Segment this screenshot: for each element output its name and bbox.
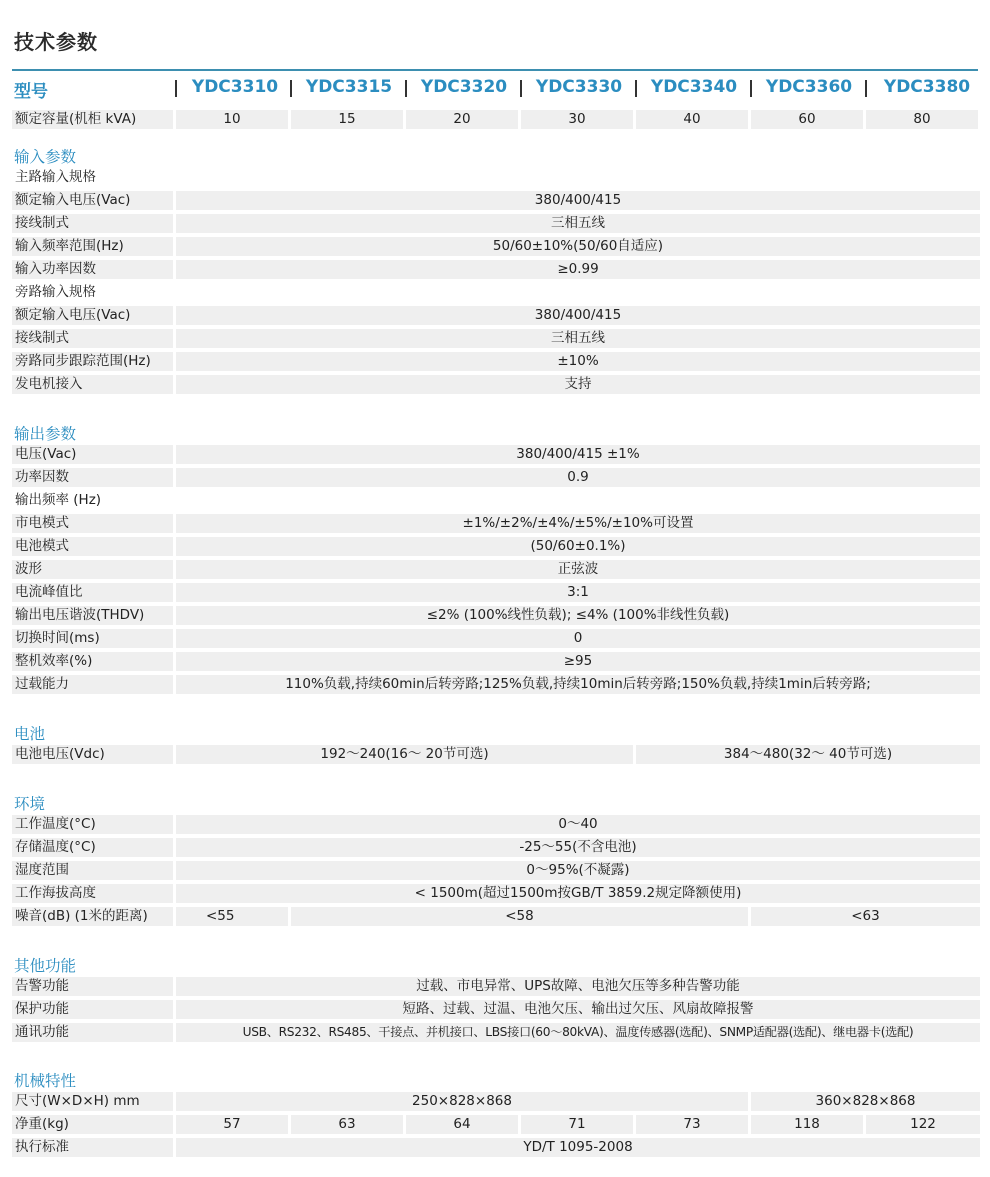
value-cell: 80 xyxy=(866,110,978,129)
value-cell: 三相五线 xyxy=(176,329,980,348)
subheading: 输出频率 (Hz) xyxy=(12,491,173,510)
spec-row: 尺寸(W×D×H) mm 250×828×868 360×828×868 xyxy=(12,1092,980,1111)
value-cell: 过载、市电异常、UPS故障、电池欠压等多种告警功能 xyxy=(176,977,980,996)
value-cell: ≤2% (100%线性负载); ≤4% (100%非线性负载) xyxy=(176,606,980,625)
spec-row: 电压(Vac) 380/400/415 ±1% xyxy=(12,445,980,464)
value-cell: ≥95 xyxy=(176,652,980,671)
value-cell: 380/400/415 ±1% xyxy=(176,445,980,464)
section-title-battery: 电池 xyxy=(14,722,45,744)
row-label: 净重(kg) xyxy=(12,1115,173,1134)
value-cell: USB、RS232、RS485、干接点、并机接口、LBS接口(60～80kVA)… xyxy=(176,1023,980,1042)
spec-row: 过载能力 110%负载,持续60min后转旁路;125%负载,持续10min后转… xyxy=(12,675,980,694)
value-cell: -25～55(不含电池) xyxy=(176,838,980,857)
value-cell: 60 xyxy=(751,110,863,129)
value-cell: 3:1 xyxy=(176,583,980,602)
spec-row: 接线制式 三相五线 xyxy=(12,329,980,348)
spec-row: 保护功能 短路、过载、过温、电池欠压、输出过欠压、风扇故障报警 xyxy=(12,1000,980,1019)
model-name: YDC3380 xyxy=(867,77,987,101)
row-label: 接线制式 xyxy=(12,214,173,233)
row-label: 额定输入电压(Vac) xyxy=(12,306,173,325)
value-cell: ±1%/±2%/±4%/±5%/±10%可设置 xyxy=(176,514,980,533)
section-title-other: 其他功能 xyxy=(14,954,76,976)
value-cell: 380/400/415 xyxy=(176,306,980,325)
spec-row: 输出电压谐波(THDV) ≤2% (100%线性负载); ≤4% (100%非线… xyxy=(12,606,980,625)
model-name: YDC3310 xyxy=(178,77,292,101)
value-cell: 正弦波 xyxy=(176,560,980,579)
model-header-row: 型号 YDC3310 YDC3315 YDC3320 YDC3330 YDC33… xyxy=(12,74,978,102)
model-name: YDC3360 xyxy=(752,77,866,101)
row-label: 额定输入电压(Vac) xyxy=(12,191,173,210)
row-label: 告警功能 xyxy=(12,977,173,996)
spec-row: 旁路同步跟踪范围(Hz) ±10% xyxy=(12,352,980,371)
spec-row: 输入频率范围(Hz) 50/60±10%(50/60自适应) xyxy=(12,237,980,256)
value-cell: 15 xyxy=(291,110,403,129)
value-cell: YD/T 1095-2008 xyxy=(176,1138,980,1157)
value-cell: 64 xyxy=(406,1115,518,1134)
spec-row: 工作海拔高度 < 1500m(超过1500m按GB/T 3859.2规定降额使用… xyxy=(12,884,980,903)
page-title: 技术参数 xyxy=(14,26,98,55)
value-cell: 57 xyxy=(176,1115,288,1134)
spec-row: 功率因数 0.9 xyxy=(12,468,980,487)
spec-row: 电流峰值比 3:1 xyxy=(12,583,980,602)
row-label: 存储温度(°C) xyxy=(12,838,173,857)
value-cell: ≥0.99 xyxy=(176,260,980,279)
value-cell: 三相五线 xyxy=(176,214,980,233)
row-label: 保护功能 xyxy=(12,1000,173,1019)
section-title-mechanical: 机械特性 xyxy=(14,1069,76,1091)
subheading-row: 主路输入规格 xyxy=(12,168,980,187)
model-name: YDC3340 xyxy=(637,77,751,101)
value-cell: 250×828×868 xyxy=(176,1092,748,1111)
value-cell: ±10% xyxy=(176,352,980,371)
value-cell: 0.9 xyxy=(176,468,980,487)
row-label: 噪音(dB) (1米的距离) xyxy=(12,907,173,926)
value-cell: 30 xyxy=(521,110,633,129)
spec-row: 通讯功能 USB、RS232、RS485、干接点、并机接口、LBS接口(60～8… xyxy=(12,1023,980,1042)
spec-row: 额定输入电压(Vac) 380/400/415 xyxy=(12,191,980,210)
value-cell: 50/60±10%(50/60自适应) xyxy=(176,237,980,256)
section-title-input: 输入参数 xyxy=(14,145,76,167)
capacity-row: 额定容量(机柜 kVA) 10 15 20 30 40 60 80 xyxy=(12,110,980,129)
row-label: 波形 xyxy=(12,560,173,579)
row-label: 工作温度(°C) xyxy=(12,815,173,834)
subheading-row: 输出频率 (Hz) xyxy=(12,491,980,510)
row-label: 发电机接入 xyxy=(12,375,173,394)
model-name: YDC3320 xyxy=(407,77,521,101)
spec-row: 噪音(dB) (1米的距离) <55 <58 <63 xyxy=(12,907,980,926)
value-cell: 360×828×868 xyxy=(751,1092,980,1111)
row-label: 输入功率因数 xyxy=(12,260,173,279)
value-cell: 122 xyxy=(866,1115,980,1134)
row-label: 电池模式 xyxy=(12,537,173,556)
column-divider xyxy=(175,80,177,97)
header-rule xyxy=(12,69,978,71)
value-cell: 192～240(16～ 20节可选) xyxy=(176,745,633,764)
value-cell: 短路、过载、过温、电池欠压、输出过欠压、风扇故障报警 xyxy=(176,1000,980,1019)
value-cell: 73 xyxy=(636,1115,748,1134)
value-cell: 10 xyxy=(176,110,288,129)
value-cell: 63 xyxy=(291,1115,403,1134)
value-cell: <58 xyxy=(291,907,748,926)
spec-row: 净重(kg) 57 63 64 71 73 118 122 xyxy=(12,1115,980,1134)
value-cell: 支持 xyxy=(176,375,980,394)
subheading: 主路输入规格 xyxy=(12,168,173,187)
section-title-output: 输出参数 xyxy=(14,422,76,444)
spec-row: 电池模式 (50/60±0.1%) xyxy=(12,537,980,556)
subheading-row: 旁路输入规格 xyxy=(12,283,980,302)
value-cell: < 1500m(超过1500m按GB/T 3859.2规定降额使用) xyxy=(176,884,980,903)
row-label: 接线制式 xyxy=(12,329,173,348)
spec-row: 发电机接入 支持 xyxy=(12,375,980,394)
model-label: 型号 xyxy=(14,77,48,102)
spec-row: 切换时间(ms) 0 xyxy=(12,629,980,648)
row-label: 通讯功能 xyxy=(12,1023,173,1042)
row-label: 额定容量(机柜 kVA) xyxy=(12,110,173,129)
row-label: 湿度范围 xyxy=(12,861,173,880)
row-label: 过载能力 xyxy=(12,675,173,694)
value-cell: 118 xyxy=(751,1115,863,1134)
spec-row: 存储温度(°C) -25～55(不含电池) xyxy=(12,838,980,857)
value-cell: <63 xyxy=(751,907,980,926)
value-cell: 380/400/415 xyxy=(176,191,980,210)
spec-row: 电池电压(Vdc) 192～240(16～ 20节可选) 384～480(32～… xyxy=(12,745,980,764)
row-label: 市电模式 xyxy=(12,514,173,533)
row-label: 电压(Vac) xyxy=(12,445,173,464)
spec-row: 输入功率因数 ≥0.99 xyxy=(12,260,980,279)
spec-row: 波形 正弦波 xyxy=(12,560,980,579)
spec-row: 整机效率(%) ≥95 xyxy=(12,652,980,671)
value-cell: 110%负载,持续60min后转旁路;125%负载,持续10min后转旁路;15… xyxy=(176,675,980,694)
row-label: 执行标准 xyxy=(12,1138,173,1157)
value-cell: 20 xyxy=(406,110,518,129)
spec-row: 执行标准 YD/T 1095-2008 xyxy=(12,1138,980,1157)
model-name: YDC3315 xyxy=(292,77,406,101)
subheading: 旁路输入规格 xyxy=(12,283,173,302)
spec-row: 额定输入电压(Vac) 380/400/415 xyxy=(12,306,980,325)
row-label: 功率因数 xyxy=(12,468,173,487)
row-label: 尺寸(W×D×H) mm xyxy=(12,1092,173,1111)
value-cell: 71 xyxy=(521,1115,633,1134)
model-name: YDC3330 xyxy=(522,77,636,101)
row-label: 旁路同步跟踪范围(Hz) xyxy=(12,352,173,371)
value-cell: (50/60±0.1%) xyxy=(176,537,980,556)
row-label: 切换时间(ms) xyxy=(12,629,173,648)
row-label: 工作海拔高度 xyxy=(12,884,173,903)
spec-row: 告警功能 过载、市电异常、UPS故障、电池欠压等多种告警功能 xyxy=(12,977,980,996)
row-label: 整机效率(%) xyxy=(12,652,173,671)
row-label: 电流峰值比 xyxy=(12,583,173,602)
row-label: 输出电压谐波(THDV) xyxy=(12,606,173,625)
value-cell: 384～480(32～ 40节可选) xyxy=(636,745,980,764)
value-cell: 40 xyxy=(636,110,748,129)
value-cell: <55 xyxy=(176,907,288,926)
row-label: 输入频率范围(Hz) xyxy=(12,237,173,256)
spec-row: 湿度范围 0～95%(不凝露) xyxy=(12,861,980,880)
value-cell: 0 xyxy=(176,629,980,648)
value-cell: 0～40 xyxy=(176,815,980,834)
row-label: 电池电压(Vdc) xyxy=(12,745,173,764)
spec-row: 接线制式 三相五线 xyxy=(12,214,980,233)
section-title-environment: 环境 xyxy=(14,792,45,814)
value-cell: 0～95%(不凝露) xyxy=(176,861,980,880)
spec-row: 市电模式 ±1%/±2%/±4%/±5%/±10%可设置 xyxy=(12,514,980,533)
spec-row: 工作温度(°C) 0～40 xyxy=(12,815,980,834)
